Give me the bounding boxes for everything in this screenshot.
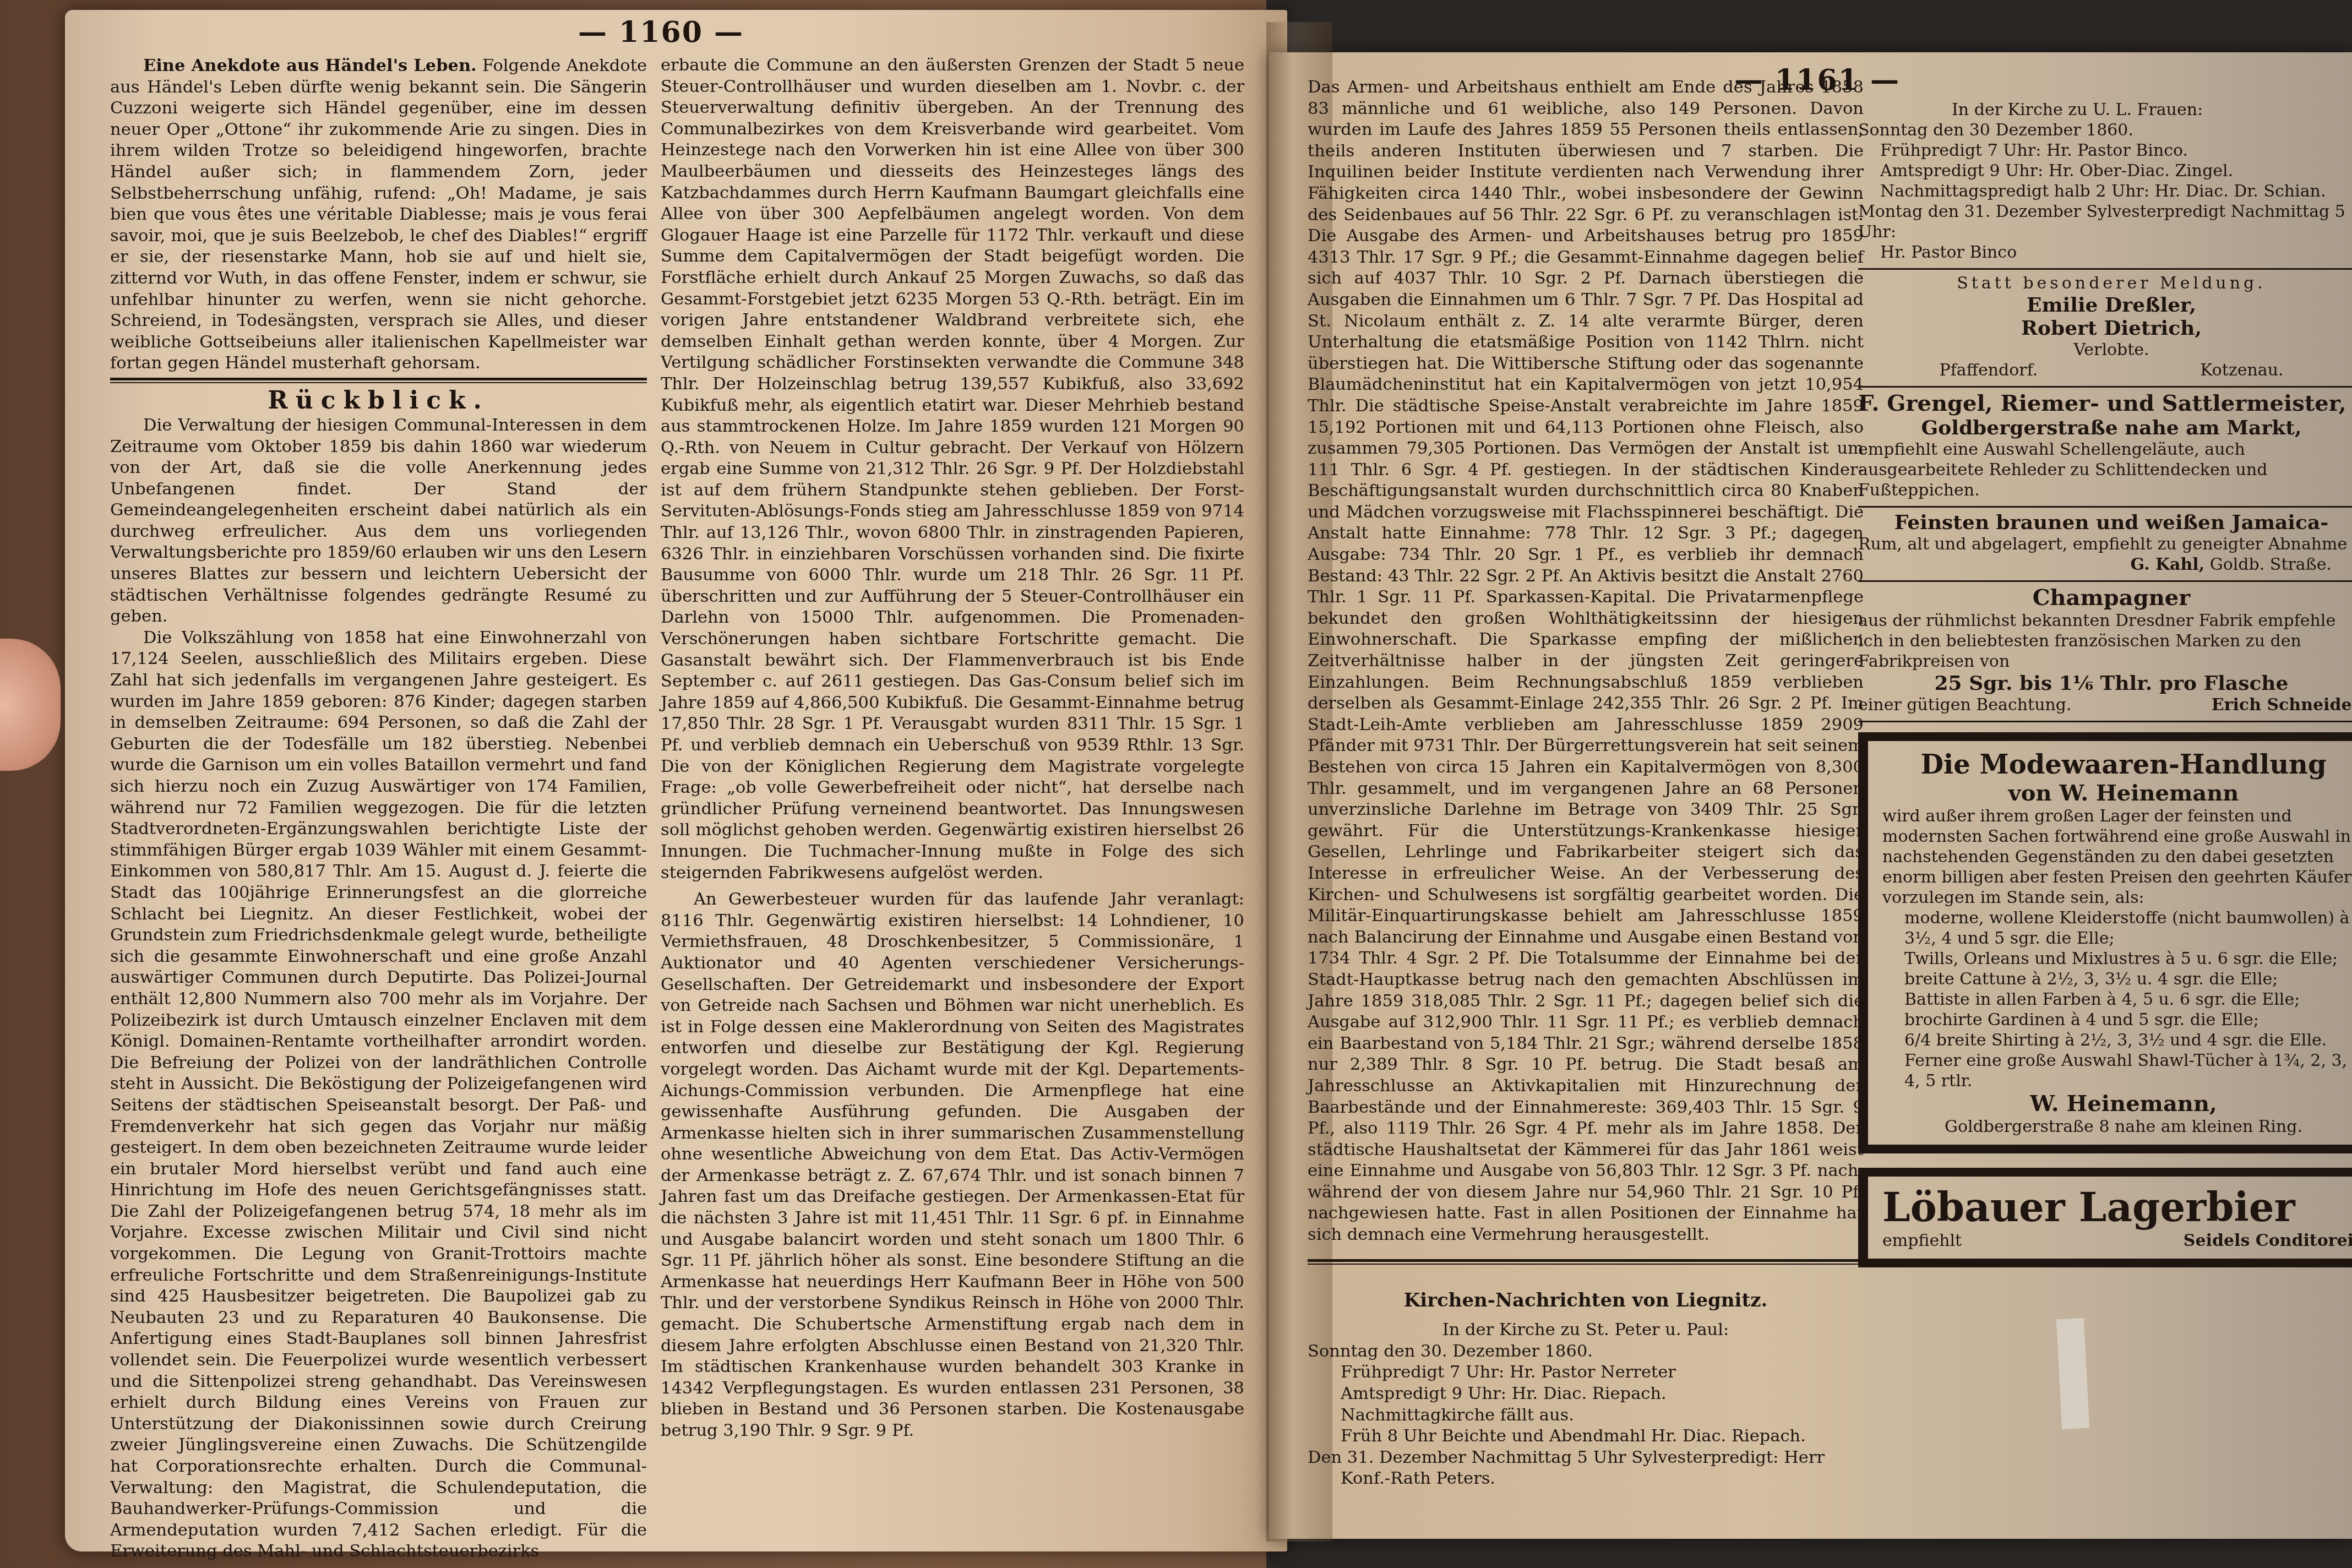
ad-address: Goldb. Straße. [2210, 555, 2332, 574]
heinemann-advertisement: Die Modewaaren-Handlung von W. Heinemann… [1858, 732, 2352, 1153]
church-schedule-line: Amtspredigt 9 Uhr: Hr. Ober-Diac. Zingel… [1858, 161, 2352, 181]
municipal-report-continued: Das Armen- und Arbeitshaus enthielt am E… [1308, 77, 1864, 1246]
loebauer-advertisement: Löbauer Lagerbier empfiehlt Seidels Cond… [1858, 1168, 2352, 1267]
column2-paragraph-2: An Gewerbesteuer wurden für das laufende… [661, 889, 1244, 1441]
ad-address: Goldbergerstraße nahe am Markt, [1858, 416, 2352, 439]
groom-name: Robert Dietrich, [1858, 317, 2352, 340]
anecdote-article: Eine Anekdote aus Händel's Leben. Folgen… [110, 55, 647, 374]
church-schedule-line: Hr. Pastor Binco [1858, 242, 2352, 263]
price-item: Twills, Orleans und Mixlustres à 5 u. 6 … [1882, 949, 2352, 969]
rueckblick-paragraph-1: Die Verwaltung der hiesigen Communal-Int… [110, 415, 647, 628]
ad-text: empfiehlt [1882, 1231, 1962, 1251]
church-schedule-line: Konf.-Rath Peters. [1308, 1468, 1864, 1490]
place-right: Kotzenau. [2200, 360, 2283, 380]
price-item: moderne, wollene Kleiderstoffe (nicht ba… [1882, 908, 2352, 949]
ad-text: empfiehlt eine Auswahl Schellengeläute, … [1858, 439, 2352, 500]
church-notice-frauenkirche: In der Kirche zu U. L. Frauen: Sonntag d… [1858, 96, 2352, 270]
section-divider [1308, 1259, 1864, 1265]
rueckblick-heading: Rückblick. [110, 386, 647, 415]
church-schedule-line: Amtspredigt 9 Uhr: Hr. Diac. Riepach. [1308, 1384, 1864, 1405]
engagement-announcement: Statt besonderer Meldung. Emilie Dreßler… [1858, 270, 2352, 388]
ad-signature: Erich Schneider. [2212, 695, 2352, 715]
ad-closing: einer gütigen Beachtung. [1858, 695, 2072, 715]
ad-signature: Seidels Conditorei [2184, 1231, 2352, 1251]
column2-paragraph-1: erbaute die Commune an den äußersten Gre… [661, 55, 1244, 884]
kahl-rum-advertisement: Feinsten braunen und weißen Jamaica- Rum… [1858, 508, 2352, 582]
ad-headline: Champagner [1858, 585, 2352, 611]
page-number-left: — 1160 — [578, 15, 744, 49]
grengel-advertisement: F. Grengel, Riemer- und Sattlermeister, … [1858, 388, 2352, 508]
ad-text: Rum, alt und abgelagert, empfiehlt zu ge… [1858, 534, 2352, 554]
church-name: In der Kirche zu St. Peter u. Paul: [1308, 1320, 1864, 1341]
right-page-main-column: Das Armen- und Arbeitshaus enthielt am E… [1308, 77, 1864, 1490]
price-item: Battiste in allen Farben à 4, 5 u. 6 sgr… [1882, 989, 2352, 1010]
ad-headline: Feinsten braunen und weißen Jamaica- [1858, 511, 2352, 534]
church-schedule-line: Früh 8 Uhr Beichte und Abendmahl Hr. Dia… [1308, 1426, 1864, 1447]
ad-headline: F. Grengel, Riemer- und Sattlermeister, [1858, 391, 2352, 416]
rueckblick-paragraph-2: Die Volkszählung von 1858 hat eine Einwo… [110, 628, 647, 1562]
church-schedule-line: Frühpredigt 7 Uhr: Hr. Pastor Binco. [1858, 140, 2352, 161]
ad-extra: Ferner eine große Auswahl Shawl-Tücher à… [1882, 1050, 2352, 1091]
bride-name: Emilie Dreßler, [1858, 293, 2352, 317]
price-item: 6/4 breite Shirting à 2½, 3, 3½ und 4 sg… [1882, 1030, 2352, 1050]
ad-address: Goldbergerstraße 8 nahe am kleinen Ring. [1882, 1117, 2352, 1137]
church-schedule-line: Sonntag den 30 Dezember 1860. [1858, 120, 2352, 140]
adhesive-tape-strip [2056, 1318, 2089, 1429]
ad-headline: Löbauer Lagerbier [1882, 1184, 2352, 1231]
church-schedule-line: Frühpredigt 7 Uhr: Hr. Pastor Nerreter [1308, 1362, 1864, 1384]
ad-signature: W. Heinemann, [1882, 1091, 2352, 1117]
place-left: Pfaffendorf. [1939, 360, 2038, 380]
champagner-advertisement: Champagner aus der rühmlichst bekannten … [1858, 582, 2352, 722]
anecdote-text: Folgende Anekdote aus Händel's Leben dür… [110, 56, 647, 373]
church-schedule-line: Nachmittagkirche fällt aus. [1308, 1405, 1864, 1427]
ad-price: 25 Sgr. bis 1⅙ Thlr. pro Flasche [1858, 672, 2352, 695]
price-item: breite Cattune à 2½, 3, 3½ u. 4 sgr. die… [1882, 969, 2352, 989]
church-schedule-line: Nachmittagspredigt halb 2 Uhr: Hr. Diac.… [1858, 181, 2352, 202]
ad-text: wird außer ihrem großen Lager der feinst… [1882, 806, 2352, 908]
ad-headline: Die Modewaaren-Handlung [1882, 749, 2352, 781]
announcement-intro: Statt besonderer Meldung. [1858, 273, 2352, 293]
anecdote-title: Eine Anekdote aus Händel's Leben. [143, 56, 477, 75]
right-page-ads-column: In der Kirche zu U. L. Frauen: Sonntag d… [1858, 96, 2352, 1267]
church-schedule-line: Montag den 31. Dezember Sylvesterpredigt… [1858, 202, 2352, 242]
ad-text: aus der rühmlichst bekannten Dresdner Fa… [1858, 611, 2352, 672]
price-item: brochirte Gardinen à 4 und 5 sgr. die El… [1882, 1010, 2352, 1030]
left-page-column-1: Eine Anekdote aus Händel's Leben. Folgen… [110, 55, 647, 1562]
engaged-label: Verlobte. [1858, 340, 2352, 360]
church-schedule-line: Sonntag den 30. Dezember 1860. [1308, 1341, 1864, 1363]
ad-subhead: von W. Heinemann [1882, 781, 2352, 806]
section-divider [110, 378, 647, 383]
church-news-heading: Kirchen-Nachrichten von Liegnitz. [1308, 1290, 1864, 1311]
ad-signature: G. Kahl, [2131, 555, 2205, 574]
church-name: In der Kirche zu U. L. Frauen: [1858, 100, 2352, 120]
left-page-column-2: erbaute die Commune an den äußersten Gre… [661, 55, 1244, 1442]
church-schedule-line: Den 31. Dezember Nachmittag 5 Uhr Sylves… [1308, 1447, 1864, 1469]
